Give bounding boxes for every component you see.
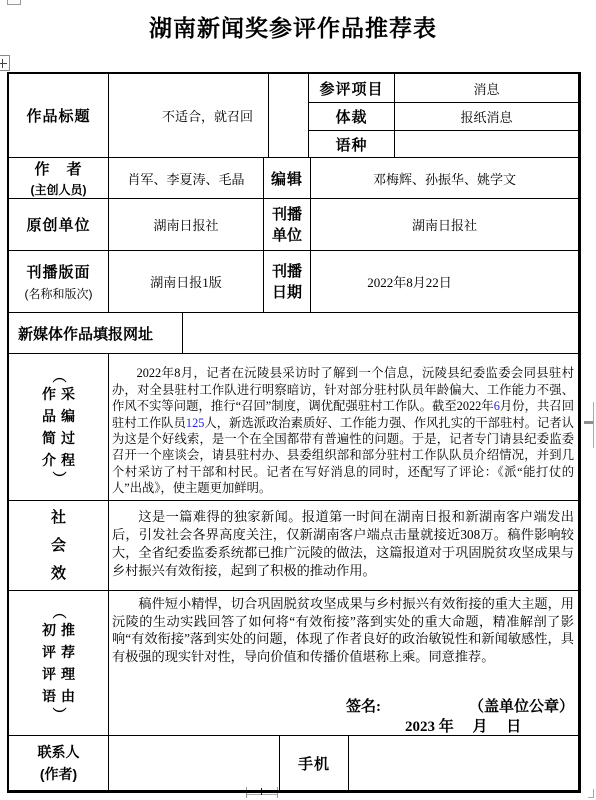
review-section-content[interactable]: 稿件短小精悍，切合巩固脱贫攻坚成果与乡村振兴有效衔接的重大主题，用沅陵的生动实践…	[108, 590, 579, 736]
paren-close: ）	[54, 471, 64, 485]
social-section-content[interactable]: 这是一篇难得的独家新闻。报道第一时间在湖南日报和新湖南客户端发出后，引发社会各界…	[108, 500, 579, 591]
publish-page-value[interactable]: 湖南日报1版	[108, 250, 264, 313]
publish-page-label-sub: (名称和版次)	[25, 285, 93, 302]
date-line: 2023 年 月 日	[405, 715, 521, 736]
scrollbar-fragment[interactable]	[593, 402, 594, 448]
editor-label: 编辑	[263, 157, 311, 199]
page-title: 湖南新闻奖参评作品推荐表	[8, 10, 578, 43]
author-label: 作 者 (主创人员)	[8, 157, 109, 199]
author-value[interactable]: 肖军、李夏涛、毛晶	[108, 157, 264, 199]
intro-label-left: 作品简介	[41, 383, 57, 471]
new-media-url-value[interactable]	[182, 312, 579, 354]
language-label: 语种	[308, 130, 395, 158]
table-move-handle-icon[interactable]	[0, 55, 10, 71]
author-label-main: 作 者	[34, 158, 82, 179]
publish-page-label-main: 刊播版面	[26, 261, 90, 282]
review-label-left: 初评评语	[41, 619, 57, 707]
contact-label-sub: (作者)	[40, 764, 77, 784]
cross-bar	[2, 59, 3, 68]
seal-label: （盖单位公章）	[469, 695, 574, 716]
contact-label-main: 联系人	[38, 742, 80, 762]
intro-section-label: （ 作品简介采编过程 ）	[8, 353, 109, 501]
publish-unit-value[interactable]: 湖南日报社	[310, 198, 579, 251]
review-paragraph[interactable]: 稿件短小精悍，切合巩固脱贫攻坚成果与乡村振兴有效衔接的重大主题，用沅陵的生动实践…	[109, 591, 578, 665]
publish-date-value[interactable]: 2022年8月22日	[310, 250, 579, 313]
publish-unit-label: 刊播单位	[263, 198, 311, 251]
spacer-cell	[268, 73, 309, 158]
paren-close: ）	[54, 707, 64, 721]
paren-open: （	[54, 369, 64, 383]
handle-line	[247, 794, 277, 795]
entry-item-value[interactable]: 消息	[394, 73, 579, 103]
genre-label: 体裁	[308, 102, 395, 131]
language-value[interactable]	[394, 130, 579, 158]
page-mark	[588, 789, 594, 798]
original-unit-value[interactable]: 湖南日报社	[108, 198, 264, 251]
genre-value[interactable]: 报纸消息	[394, 102, 579, 131]
intro-paragraph[interactable]: 2022年8月，记者在沅陵县采访时了解到一个信息，沅陵县纪委监委会同县驻村办，对…	[109, 365, 578, 496]
entry-item-label: 参评项目	[308, 73, 395, 103]
clipped-ui-fragment	[7, 0, 21, 5]
publish-date-label: 刊播日期	[263, 250, 311, 313]
intro-label-right: 采编过程	[60, 383, 76, 471]
phone-value[interactable]	[348, 735, 579, 791]
social-paragraph[interactable]: 这是一篇难得的独家新闻。报道第一时间在湖南日报和新湖南客户端发出后，引发社会各界…	[109, 501, 578, 580]
phone-label: 手机	[279, 735, 349, 791]
editor-value[interactable]: 邓梅辉、孙振华、姚学文	[310, 157, 579, 199]
signature-label: 签名:	[346, 695, 381, 716]
original-unit-label: 原创单位	[8, 198, 109, 251]
intro-section-content[interactable]: 2022年8月，记者在沅陵县采访时了解到一个信息，沅陵县纪委监委会同县驻村办，对…	[108, 353, 579, 501]
publish-page-label: 刊播版面 (名称和版次)	[8, 250, 109, 313]
document-page: { "colors": { "text": "#000000", "highli…	[0, 0, 596, 800]
author-label-sub: (主创人员)	[31, 181, 87, 198]
social-section-label: 社会效	[8, 500, 109, 591]
contact-value[interactable]	[108, 735, 280, 791]
work-title-value[interactable]: 不适合，就召回	[108, 73, 269, 158]
work-title-label: 作品标题	[8, 73, 109, 158]
review-vertical-label: （ 初评评语推荐理由 ）	[41, 607, 76, 719]
review-section-label: （ 初评评语推荐理由 ）	[8, 590, 109, 736]
paren-open: （	[54, 605, 64, 619]
contact-label: 联系人 (作者)	[8, 735, 109, 791]
review-label-right: 推荐理由	[60, 619, 76, 707]
intro-vertical-label: （ 作品简介采编过程 ）	[41, 371, 76, 483]
recommendation-table: 作品标题 不适合，就召回 参评项目 消息 体裁 报纸消息 语种 作 者 (主创人…	[8, 73, 578, 790]
new-media-url-label: 新媒体作品填报网址	[8, 312, 183, 354]
scrollbar-thumb-fragment[interactable]	[584, 421, 593, 424]
